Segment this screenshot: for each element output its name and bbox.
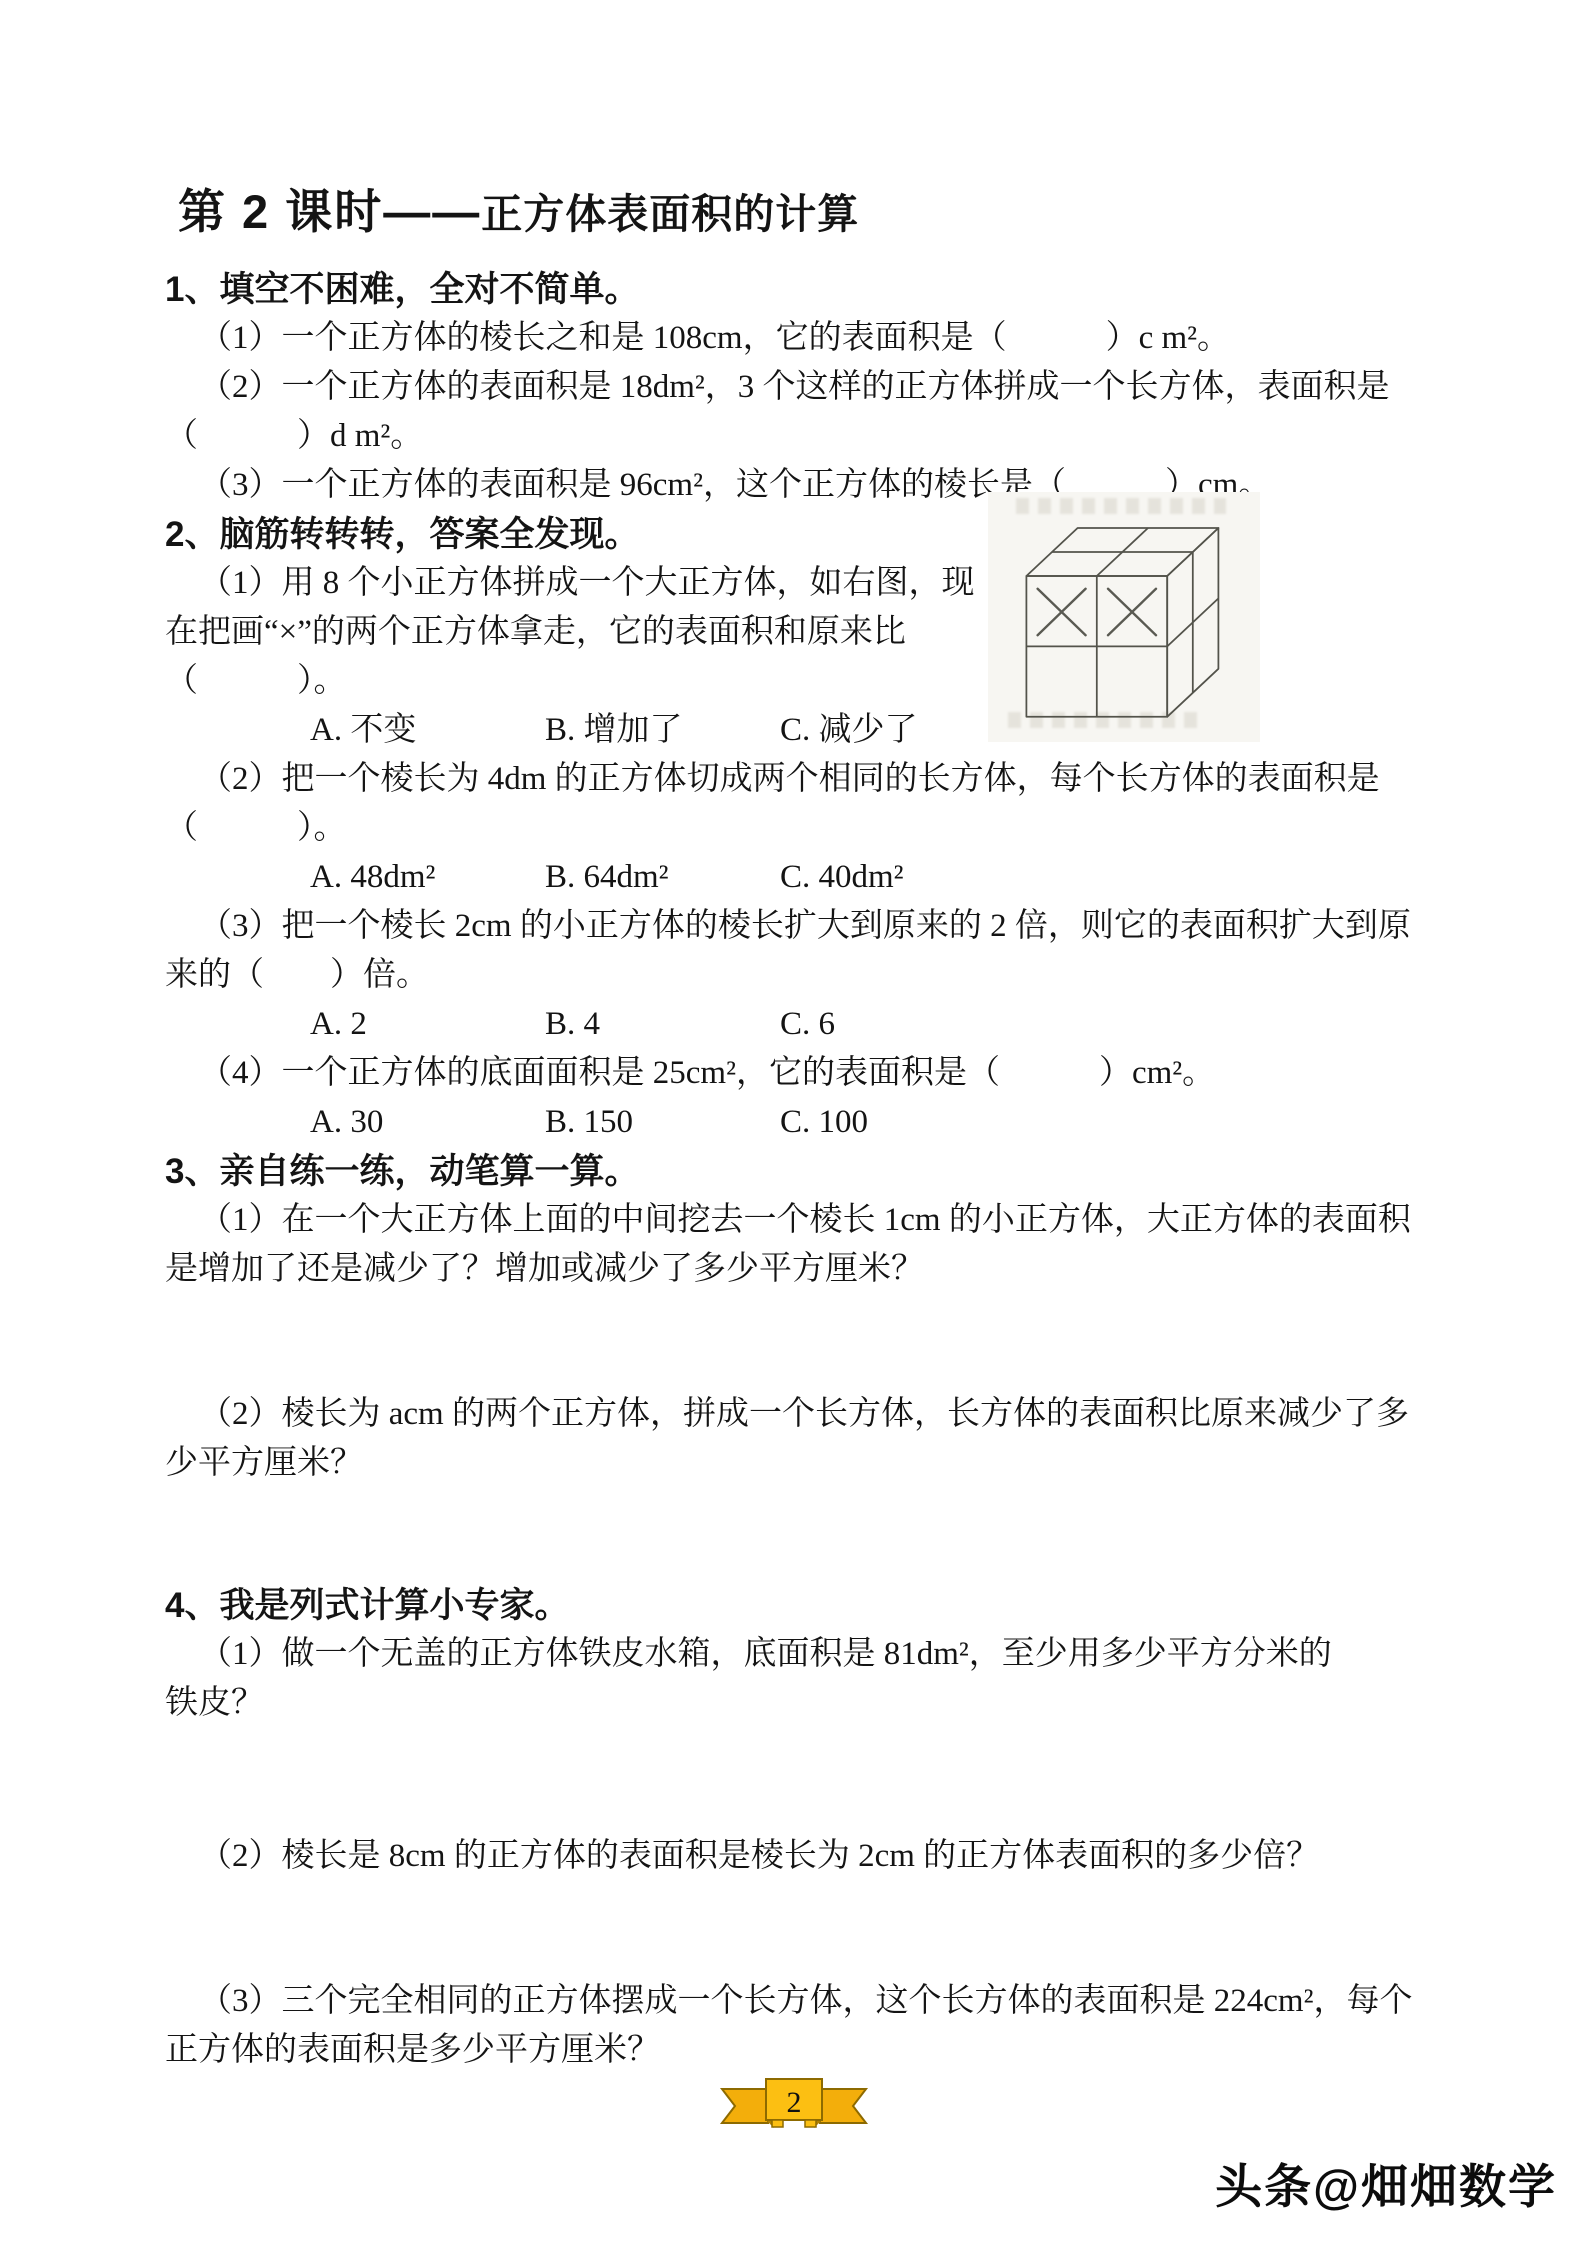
option-c: C. 100: [780, 1098, 868, 1147]
question-2-1: （1）用 8 个小正方体拼成一个大正方体，如右图，现在把画“×”的两个正方体拿走…: [165, 559, 980, 706]
options-row-2-4: A. 30 B. 150 C. 100: [165, 1098, 1422, 1147]
scan-smudge: [1016, 498, 1226, 514]
question-2-2: （2）把一个棱长为 4dm 的正方体切成两个相同的长方体，每个长方体的表面积是（…: [165, 755, 1422, 853]
option-a: A. 30: [310, 1098, 545, 1147]
question-1-1: （1）一个正方体的棱长之和是 108cm，它的表面积是（ ）c m²。: [165, 314, 1422, 363]
question-2-3: （3）把一个棱长 2cm 的小正方体的棱长扩大到原来的 2 倍，则它的表面积扩大…: [165, 902, 1422, 1000]
question-3-1: （1）在一个大正方体上面的中间挖去一个棱长 1cm 的小正方体，大正方体的表面积…: [165, 1196, 1422, 1294]
page-title: 第 2 课时——正方体表面积的计算: [178, 180, 1587, 249]
ribbon-icon: 2: [718, 2076, 870, 2130]
page-number-banner: 2: [718, 2076, 870, 2130]
question-2-4: （4）一个正方体的底面面积是 25cm²，它的表面积是（ ）cm²。: [165, 1049, 1422, 1098]
section-1-header: 1、填空不困难，全对不简单。: [165, 265, 1422, 314]
option-c: C. 6: [780, 1000, 835, 1049]
options-row-2-2: A. 48dm² B. 64dm² C. 40dm²: [165, 853, 1422, 902]
question-3-2: （2）棱长为 acm 的两个正方体，拼成一个长方体，长方体的表面积比原来减少了多…: [165, 1390, 1422, 1488]
page-title-lesson: 第 2 课时——: [178, 185, 481, 238]
page-number: 2: [787, 2086, 802, 2119]
question-1-2: （2）一个正方体的表面积是 18dm²，3 个这样的正方体拼成一个长方体，表面积…: [165, 363, 1422, 461]
option-a: A. 2: [310, 1000, 545, 1049]
question-4-1: （1）做一个无盖的正方体铁皮水箱，底面积是 81dm²，至少用多少平方分米的铁皮…: [165, 1630, 1360, 1728]
question-4-3: （3）三个完全相同的正方体摆成一个长方体，这个长方体的表面积是 224cm²，每…: [165, 1977, 1422, 2075]
option-c: C. 40dm²: [780, 853, 904, 902]
watermark: 头条@畑畑数学: [1215, 2150, 1557, 2217]
section-3-header: 3、亲自练一练，动笔算一算。: [165, 1147, 1422, 1196]
worksheet-content: 1、填空不困难，全对不简单。 （1）一个正方体的棱长之和是 108cm，它的表面…: [0, 265, 1587, 2075]
option-b: B. 64dm²: [545, 853, 780, 902]
section-4-header: 4、我是列式计算小专家。: [165, 1581, 1422, 1630]
option-a: A. 不变: [310, 706, 545, 755]
option-b: B. 增加了: [545, 706, 780, 755]
worksheet-page: 第 2 课时——正方体表面积的计算 1、填空不困难，全对不简单。 （1）一个正方…: [0, 0, 1587, 2245]
question-4-2: （2）棱长是 8cm 的正方体的表面积是棱长为 2cm 的正方体表面积的多少倍？: [165, 1832, 1422, 1881]
options-row-2-3: A. 2 B. 4 C. 6: [165, 1000, 1422, 1049]
option-a: A. 48dm²: [310, 853, 545, 902]
cube-2x2x2-icon: [1000, 520, 1248, 720]
cube-figure: [988, 492, 1260, 742]
page-title-topic: 正方体表面积的计算: [481, 191, 859, 237]
option-c: C. 减少了: [780, 706, 918, 755]
option-b: B. 150: [545, 1098, 780, 1147]
option-b: B. 4: [545, 1000, 780, 1049]
